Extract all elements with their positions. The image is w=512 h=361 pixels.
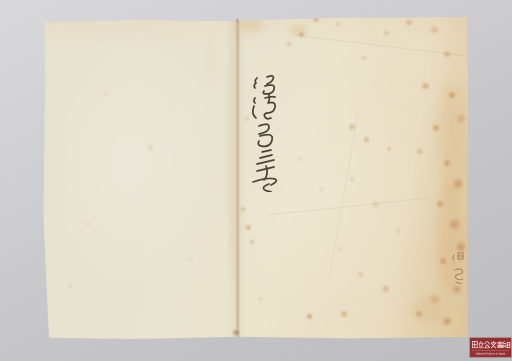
foxing-spot (438, 80, 466, 200)
foxing-spot (104, 92, 108, 96)
foxing-spot (384, 31, 389, 35)
foxing-spot (307, 314, 312, 319)
foxing-spot (298, 157, 302, 161)
foxing-spot (410, 297, 446, 323)
foxing-spot (341, 311, 347, 317)
foxing-spot (320, 187, 324, 191)
foxing-spot (364, 137, 369, 142)
foxing-spot (250, 240, 254, 244)
foxing-spot (406, 20, 412, 25)
archive-stamp-art: National Archives of Japan (470, 338, 511, 357)
stamp-kanji-glyphs (472, 341, 510, 348)
foxing-spot (287, 42, 291, 46)
stamp-english-text: National Archives of Japan (476, 353, 506, 356)
foxing-spot (246, 225, 251, 230)
foxing-spot (443, 318, 451, 325)
foxing-spot (228, 20, 236, 280)
foxing-spot (396, 229, 400, 233)
foxing-spot (86, 222, 90, 226)
foxing-spot (358, 272, 363, 277)
archival-photo: National Archives of Japan (0, 0, 512, 361)
foxing-spot (259, 297, 263, 301)
foxing-spot (349, 124, 355, 130)
foxing-spot (431, 27, 438, 33)
foxing-spot (383, 286, 389, 292)
foxing-spot (241, 207, 245, 211)
foxing-spot (188, 257, 192, 261)
foxing-spot (387, 147, 391, 151)
foxing-spot (299, 32, 304, 37)
archive-stamp: National Archives of Japan (470, 338, 511, 357)
calligraphy-title (245, 74, 297, 192)
foxing-spot (233, 330, 239, 335)
foxing-spot (148, 145, 153, 150)
foxing-spot (373, 202, 378, 207)
foxing-spot (313, 17, 319, 22)
foxing-spot (68, 284, 72, 288)
document-paper (43, 16, 468, 339)
foxing-spot (362, 56, 366, 60)
foxing-spot (422, 83, 429, 89)
foxing-spot (444, 51, 450, 57)
foxing-spot (350, 177, 354, 181)
foxing-spot (336, 22, 340, 26)
foxing-spot (338, 247, 342, 251)
foxing-spot (205, 40, 215, 80)
foxing-spot (238, 16, 264, 32)
foxing-spot (234, 17, 239, 21)
faint-ink-annotation (450, 250, 466, 290)
foxing-spot (417, 149, 422, 154)
